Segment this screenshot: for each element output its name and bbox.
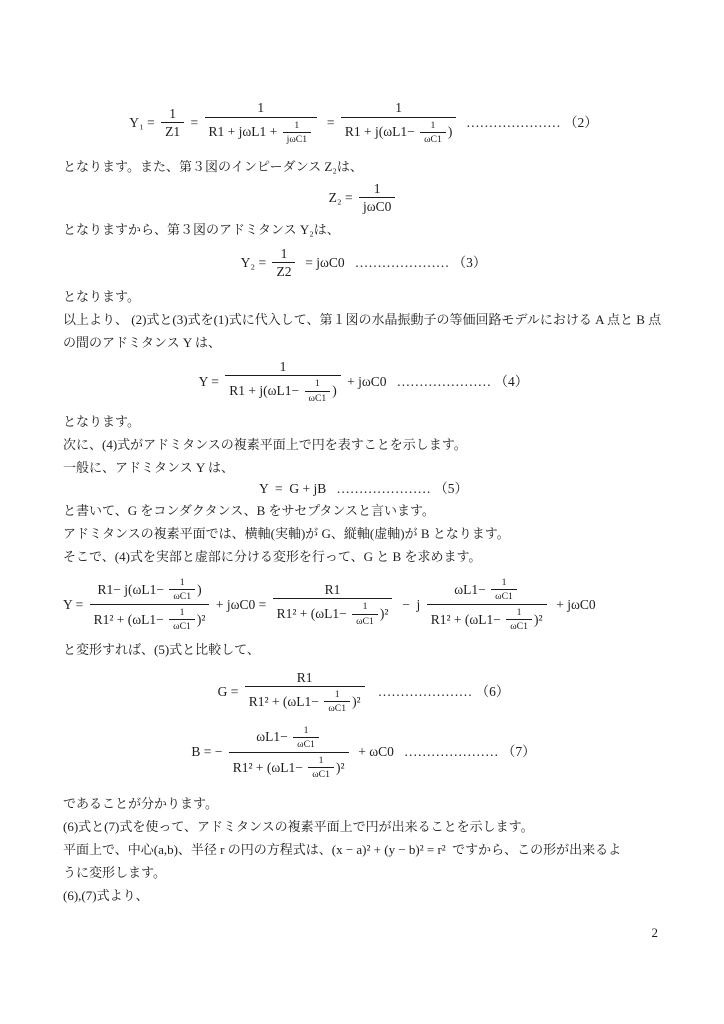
paragraph: 以上より、 (2)式と(3)式を(1)式に代入して、第１図の水晶振動子の等価回路…: [63, 308, 664, 331]
small-fraction: 1ωC1: [305, 377, 331, 404]
math-text: ωC1: [510, 621, 528, 632]
fraction: 1R1 + jωL1 + 1jωC1: [205, 99, 318, 147]
page-number: 2: [652, 925, 659, 941]
math-text: R1² + (ωL1−: [233, 760, 307, 776]
fraction-denominator: R1 + j(ωL1− 1ωC1): [341, 117, 457, 147]
math-text: R1 + j(ωL1−: [345, 124, 418, 140]
math-text: 1: [395, 100, 402, 116]
fraction-numerator: R1− j(ωL1− 1ωC1): [93, 575, 205, 604]
math-text: Z1: [165, 124, 180, 140]
math-text: R1² + (ωL1−: [431, 612, 505, 628]
fraction-numerator: 1: [290, 119, 303, 132]
paragraph: であることが分かります。: [63, 792, 664, 815]
math-text: ωC1: [297, 739, 315, 750]
fraction-numerator: 1: [513, 606, 526, 619]
math-text: ωC1: [424, 134, 442, 145]
fraction-numerator: 1: [331, 688, 344, 701]
fraction: ωL1− 1ωC1R1² + (ωL1− 1ωC1)²: [427, 575, 547, 635]
fraction-numerator: 1: [253, 99, 268, 117]
fraction-numerator: 1: [359, 600, 372, 613]
math-text: ωC1: [309, 393, 327, 404]
math-text: R1: [325, 582, 341, 598]
math-text: R1: [297, 670, 313, 686]
paragraph: と書いて、G をコンダクタンス、B をサセプタンスと言います。: [63, 499, 664, 522]
paragraph: (6),(7)式より、: [63, 884, 664, 907]
small-fraction: 1ωC1: [506, 606, 532, 633]
fraction-numerator: 1: [277, 245, 292, 263]
fraction-denominator: Z2: [272, 262, 295, 281]
fraction: 1jωC0: [359, 180, 395, 216]
fraction-denominator: ωC1: [169, 619, 195, 633]
math-text: =: [187, 115, 201, 131]
fraction: R1− j(ωL1− 1ωC1)R1² + (ωL1− 1ωC1)²: [90, 575, 210, 635]
math-text: 1: [180, 607, 185, 618]
math-text: ωL1−: [454, 582, 489, 598]
fraction-numerator: R1: [321, 581, 345, 599]
fraction-denominator: R1 + jωL1 + 1jωC1: [205, 117, 318, 147]
fraction-denominator: ωC1: [324, 701, 350, 715]
math-text: Y =: [199, 374, 223, 390]
small-fraction: 1jωC1: [283, 119, 311, 146]
math-text: ωC1: [356, 616, 374, 627]
math-text: + jωC0 =: [212, 597, 269, 613]
fraction: 1R1 + j(ωL1− 1ωC1): [225, 358, 341, 406]
math-text: ωC1: [173, 591, 191, 602]
math-text: jωC1: [287, 134, 307, 145]
math-text: 1: [169, 106, 176, 122]
fraction-numerator: 1: [300, 724, 313, 737]
math-text: Y =: [63, 597, 87, 613]
paragraph: アドミタンスの複素平面では、横軸(実軸)が G、縦軸(虚軸)が B となります。: [63, 522, 664, 545]
math-text: − j: [395, 597, 423, 613]
math-text: Y = G + jB ………………… （5）: [259, 481, 468, 497]
small-fraction: 1ωC1: [324, 688, 350, 715]
math-text: ………………… （2）: [459, 115, 597, 131]
small-fraction: 1ωC1: [293, 724, 319, 751]
math-text: R1² + (ωL1−: [94, 612, 168, 628]
math-text: Y₁ =: [129, 115, 158, 131]
math-text: ………………… （6）: [368, 684, 510, 700]
fraction-numerator: 1: [165, 105, 180, 123]
math-text: 1: [335, 689, 340, 700]
fraction-denominator: ωC1: [308, 767, 334, 781]
math-text: + jωC0: [550, 597, 596, 613]
math-text: 1: [280, 359, 287, 375]
fraction-denominator: ωC1: [506, 619, 532, 633]
fraction-numerator: 1: [315, 754, 328, 767]
small-fraction: 1ωC1: [491, 576, 517, 603]
small-fraction: 1ωC1: [169, 576, 195, 603]
fraction-denominator: R1² + (ωL1− 1ωC1)²: [245, 686, 365, 716]
math-text: R1− j(ωL1−: [97, 582, 167, 598]
math-text: + jωC0 ………………… （4）: [344, 374, 529, 390]
math-text: ωC1: [312, 769, 330, 780]
paragraph: となります。: [63, 285, 664, 308]
fraction-denominator: ωC1: [293, 737, 319, 751]
math-text: 1: [374, 181, 381, 197]
math-text: ): [197, 582, 202, 598]
small-fraction: 1ωC1: [352, 600, 378, 627]
paragraph: (6)式と(7)式を使って、アドミタンスの複素平面上で円が出来ることを示します。: [63, 815, 664, 838]
fraction-denominator: R1² + (ωL1− 1ωC1)²: [427, 604, 547, 634]
math-text: )²: [352, 694, 361, 710]
fraction-numerator: ωL1− 1ωC1: [252, 723, 325, 752]
fraction: 1R1 + j(ωL1− 1ωC1): [341, 99, 457, 147]
math-text: 1: [281, 246, 288, 262]
paragraph: となります。また、第３図のインピーダンス Z₂は、: [63, 155, 664, 178]
fraction-denominator: jωC0: [359, 197, 395, 216]
math-text: Z₂ =: [329, 190, 356, 206]
fraction-numerator: 1: [391, 99, 406, 117]
math-text: 1: [294, 120, 299, 131]
math-text: ωC1: [328, 703, 346, 714]
math-text: R1 + jωL1 +: [209, 124, 281, 140]
math-text: ): [332, 383, 337, 399]
fraction-denominator: ωC1: [352, 614, 378, 628]
math-text: 1: [180, 577, 185, 588]
math-text: 1: [315, 378, 320, 389]
paragraph: 次に、(4)式がアドミタンスの複素平面上で円を表すことを示します。: [63, 433, 664, 456]
paragraph: そこで、(4)式を実部と虚部に分ける変形を行って、G と B を求めます。: [63, 545, 664, 568]
math-text: 1: [517, 607, 522, 618]
paragraph: 一般に、アドミタンス Y は、: [63, 456, 664, 479]
fraction-denominator: R1² + (ωL1− 1ωC1)²: [229, 752, 349, 782]
math-text: Z2: [276, 264, 291, 280]
math-text: 1: [257, 100, 264, 116]
fraction-denominator: jωC1: [283, 132, 311, 146]
fraction-denominator: ωC1: [169, 589, 195, 603]
fraction-denominator: R1² + (ωL1− 1ωC1)²: [90, 604, 210, 634]
math-text: ): [448, 124, 453, 140]
equation-expanded: Y = R1− j(ωL1− 1ωC1)R1² + (ωL1− 1ωC1)² +…: [63, 575, 664, 635]
document-page: Y₁ = 1Z1 = 1R1 + jωL1 + 1jωC1 = 1R1 + j(…: [0, 0, 724, 1024]
paragraph: うに変形します。: [63, 861, 664, 884]
math-text: )²: [380, 606, 389, 622]
fraction-denominator: ωC1: [305, 391, 331, 405]
fraction: R1R1² + (ωL1− 1ωC1)²: [273, 581, 393, 629]
fraction: ωL1− 1ωC1R1² + (ωL1− 1ωC1)²: [229, 723, 349, 783]
fraction-denominator: R1 + j(ωL1− 1ωC1): [225, 375, 341, 405]
fraction-denominator: ωC1: [420, 132, 446, 146]
math-text: B = −: [191, 744, 225, 760]
math-text: R1 + j(ωL1−: [229, 383, 302, 399]
math-text: 1: [304, 725, 309, 736]
small-fraction: 1ωC1: [420, 119, 446, 146]
math-text: 1: [431, 120, 436, 131]
fraction-numerator: 1: [311, 377, 324, 390]
math-text: =: [320, 115, 338, 131]
math-text: ωL1−: [256, 729, 291, 745]
math-text: Y₂ =: [241, 255, 270, 271]
math-text: R1² + (ωL1−: [277, 606, 351, 622]
fraction-numerator: 1: [176, 576, 189, 589]
paragraph: となります。: [63, 410, 664, 433]
fraction-numerator: 1: [498, 576, 511, 589]
math-text: 1: [502, 577, 507, 588]
equation-5: Y = G + jB ………………… （5）: [63, 481, 664, 497]
math-text: ωC1: [495, 591, 513, 602]
fraction: 1Z1: [161, 105, 184, 141]
small-fraction: 1ωC1: [169, 606, 195, 633]
small-fraction: 1ωC1: [308, 754, 334, 781]
math-text: G =: [218, 684, 242, 700]
equation-4: Y = 1R1 + j(ωL1− 1ωC1) + jωC0 ………………… （4…: [63, 358, 664, 406]
math-text: ωC1: [173, 621, 191, 632]
fraction-numerator: 1: [276, 358, 291, 376]
fraction-denominator: R1² + (ωL1− 1ωC1)²: [273, 598, 393, 628]
math-text: 1: [319, 755, 324, 766]
fraction: 1Z2: [272, 245, 295, 281]
paragraph: と変形すれば、(5)式と比較して、: [63, 638, 664, 661]
fraction-numerator: 1: [370, 180, 385, 198]
paragraph: 平面上で、中心(a,b)、半径 r の円の方程式は、(x − a)² + (y …: [63, 838, 664, 861]
math-text: )²: [534, 612, 543, 628]
math-text: R1² + (ωL1−: [249, 694, 323, 710]
fraction-denominator: ωC1: [491, 589, 517, 603]
equation-6: G = R1R1² + (ωL1− 1ωC1)² ………………… （6）: [63, 669, 664, 717]
math-text: )²: [197, 612, 206, 628]
fraction-denominator: Z1: [161, 122, 184, 141]
fraction-numerator: 1: [176, 606, 189, 619]
math-text: = jωC0 ………………… （3）: [298, 255, 486, 271]
math-text: + ωC0 ………………… （7）: [352, 744, 536, 760]
paragraph: となりますから、第３図のアドミタンス Y₂は、: [63, 218, 664, 241]
equation-3: Y₂ = 1Z2 = jωC0 ………………… （3）: [63, 245, 664, 281]
fraction-numerator: 1: [427, 119, 440, 132]
math-text: 1: [363, 601, 368, 612]
equation-2: Y₁ = 1Z1 = 1R1 + jωL1 + 1jωC1 = 1R1 + j(…: [63, 99, 664, 147]
fraction: R1R1² + (ωL1− 1ωC1)²: [245, 669, 365, 717]
fraction-numerator: R1: [293, 669, 317, 687]
paragraph: の間のアドミタンス Y は、: [63, 331, 664, 354]
equation-z2: Z₂ = 1jωC0: [63, 180, 664, 216]
fraction-numerator: ωL1− 1ωC1: [450, 575, 523, 604]
math-text: )²: [336, 760, 345, 776]
math-text: jωC0: [363, 199, 391, 215]
equation-7: B = − ωL1− 1ωC1R1² + (ωL1− 1ωC1)² + ωC0 …: [63, 723, 664, 783]
